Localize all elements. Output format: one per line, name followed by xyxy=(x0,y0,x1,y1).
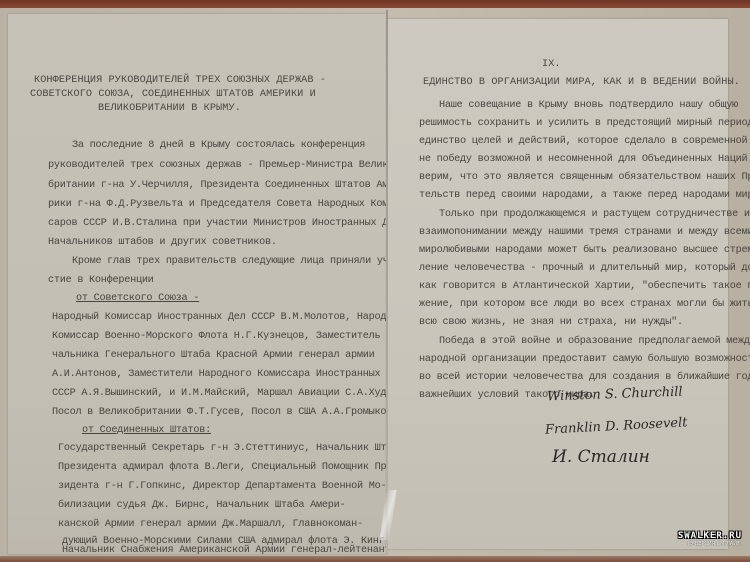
left-text-line: канской Армии генерал армии Дж.Маршалл, … xyxy=(58,518,363,531)
right-text-line: единство целей и действий, которое сдела… xyxy=(419,135,750,148)
left-text-line: Комиссар Военно-Морского Флота Н.Г.Кузне… xyxy=(52,330,404,343)
right-text-line: ление человечества - прочный и длительны… xyxy=(419,262,750,275)
signature-stalin: И. Сталин xyxy=(552,447,650,467)
right-text-line: жение, при котором все люди во всех стра… xyxy=(419,298,750,311)
left-text-line: Кроме глав трех правительств следующие л… xyxy=(72,255,400,268)
right-text-line: не победу возможной и несомненной для Об… xyxy=(419,153,750,166)
signature-roosevelt: Franklin D. Roosevelt xyxy=(545,415,688,437)
watermark-sub: (Э-ВЕРСИЯ.СМ.ЛАЙТ) xyxy=(678,541,742,547)
right-text-line: решимость сохранить и усилить в предстоя… xyxy=(419,117,750,130)
right-text-line: верим, что это является священным обязат… xyxy=(419,171,750,184)
left-text-line: Президента адмирал флота В.Леги, Специал… xyxy=(58,461,398,474)
document-page-left: КОНФЕРЕНЦИЯ РУКОВОДИТЕЛЕЙ ТРЕХ СОЮЗНЫХ Д… xyxy=(8,14,386,554)
signature-churchill: Winston S. Churchill xyxy=(547,385,683,405)
frame-bottom-edge xyxy=(0,556,750,562)
watermark: SWALKER.RU (Э-ВЕРСИЯ.СМ.ЛАЙТ) xyxy=(678,531,742,547)
section-heading: ЕДИНСТВО В ОРГАНИЗАЦИИ МИРА, КАК И В ВЕД… xyxy=(423,76,740,89)
section-number: IX. xyxy=(542,58,561,71)
left-text-line: британии г-на У.Черчилля, Президента Сое… xyxy=(48,179,400,192)
left-text-line: билизации судья Дж. Бирнс, Начальник Шта… xyxy=(58,499,345,512)
left-text-line: руководителей трех союзных держав - Прем… xyxy=(48,159,400,172)
left-text-line: стие в Конференции xyxy=(48,274,154,287)
watermark-site: SWALKER.RU xyxy=(678,531,742,541)
right-text-line: народной организации предоставит самую б… xyxy=(419,353,750,366)
left-text-line: Посол в Великобритании Ф.Т.Гусев, Посол … xyxy=(52,406,392,419)
right-text-line: Победа в этой войне и образование предпо… xyxy=(439,335,750,348)
right-text-line: Только при продолжающемся и растущем сот… xyxy=(439,208,750,221)
right-text-line: всю свою жизнь, не зная ни страха, ни ну… xyxy=(419,316,683,329)
left-text-line: Начальников штабов и других советников. xyxy=(48,236,277,249)
left-text-line: зидента г-н Г.Гопкинс, Директор Департам… xyxy=(58,480,386,493)
frame-top-edge xyxy=(0,0,750,8)
left-heading-line-1: КОНФЕРЕНЦИЯ РУКОВОДИТЕЛЕЙ ТРЕХ СОЮЗНЫХ Д… xyxy=(34,74,326,87)
right-text-line: тельств перед своими народами, а также п… xyxy=(419,189,750,202)
right-text-line: во всей истории человечества для создани… xyxy=(419,371,750,384)
left-heading-line-2: СОВЕТСКОГО СОЮЗА, СОЕДИНЕННЫХ ШТАТОВ АМЕ… xyxy=(30,88,316,101)
right-text-line: взаимопонимании между нашими тремя стран… xyxy=(419,226,750,239)
right-text-line: Наше совещание в Крыму вновь подтвердило… xyxy=(439,99,738,112)
left-text-line: Народный Комиссар Иностранных Дел СССР В… xyxy=(52,311,404,324)
right-text-line: миролюбивыми народами может быть реализо… xyxy=(419,244,750,257)
page-divider xyxy=(386,10,388,555)
left-text-line: рики г-на Ф.Д.Рузвельта и Председателя С… xyxy=(48,198,406,211)
left-text-line: А.И.Антонов, Заместители Народного Комис… xyxy=(52,368,404,381)
left-text-line: СССР А.Я.Вышинский, и И.М.Майский, Марша… xyxy=(52,387,416,400)
left-text-line: За последние 8 дней в Крыму состоялась к… xyxy=(72,139,365,152)
right-text-line: как говорится в Атлантической Хартии, "о… xyxy=(419,280,750,293)
left-subheading-soviet: от Советского Союза - xyxy=(76,292,199,305)
left-text-line: саров СССР И.В.Сталина при участии Минис… xyxy=(48,217,406,230)
left-subheading-usa: от Соединенных Штатов: xyxy=(82,424,211,437)
left-text-line: чальника Генерального Штаба Красной Арми… xyxy=(52,349,375,362)
document-page-right: IX. ЕДИНСТВО В ОРГАНИЗАЦИИ МИРА, КАК И В… xyxy=(387,19,728,549)
left-heading-line-3: ВЕЛИКОБРИТАНИИ В КРЫМУ. xyxy=(98,102,241,115)
left-text-line: Государственный Секретарь г-н Э.Стеттини… xyxy=(58,442,404,455)
